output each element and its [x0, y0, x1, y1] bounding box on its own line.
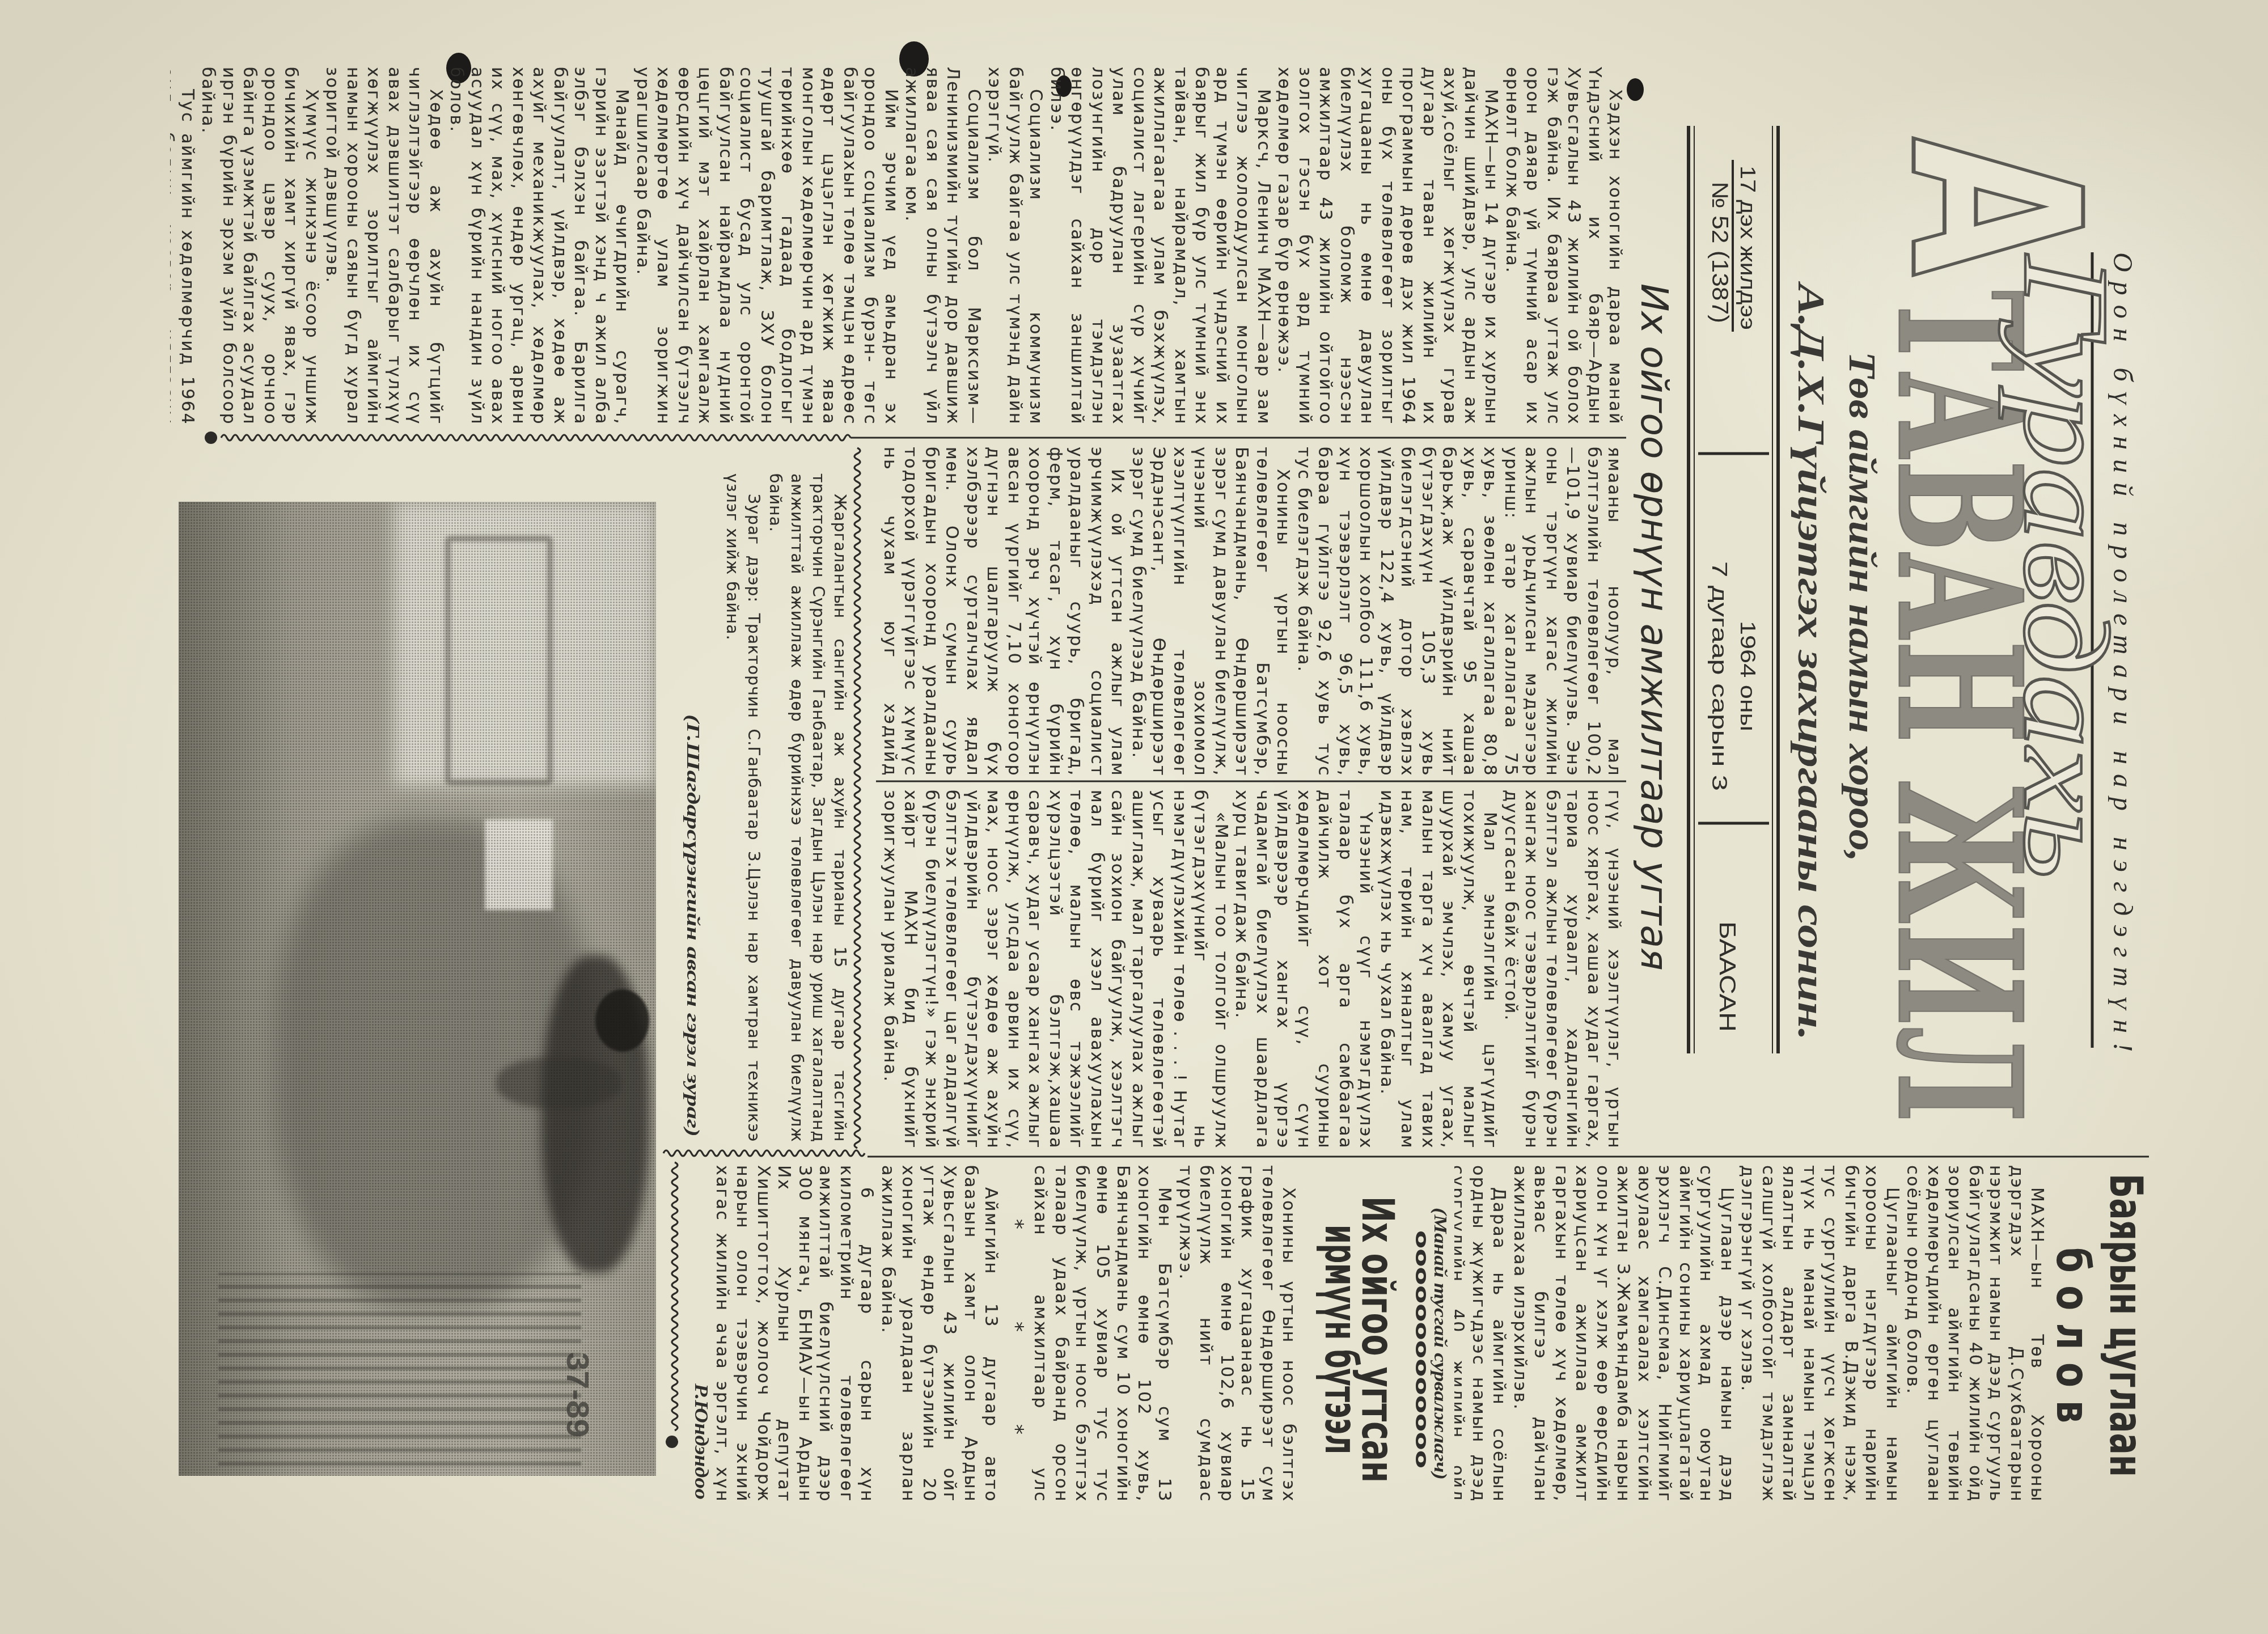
- paragraph: Тус аймгийн хөдөлмөрчид 1964 онд бодын х…: [170, 67, 197, 425]
- paragraph: Ийм эрчим үед амьдран эх орондоо социали…: [632, 67, 901, 425]
- photo-halftone-screen: [179, 502, 656, 1476]
- paragraph: 6 дугаар сарын хүн километрийн төлөвлөгө…: [712, 1165, 877, 1502]
- paragraph: Социализм коммунизм байгуулж байгаа улс …: [984, 67, 1046, 425]
- paragraph: Аймгийн 13 дугаар авто баазын хамт олон …: [877, 1165, 1001, 1502]
- paragraph: «Малын тоо толгойг олшруулж бүтээгдэхүүн…: [879, 790, 1231, 1149]
- achievements-article-body: Хонины үртын ноос бэлтгэх төлөвлөгөөг Өн…: [1032, 1165, 1298, 1502]
- paragraph: Их ой угтсан ажлыг улам эрчимжүүлэхэд со…: [880, 447, 1127, 777]
- paragraph: Мөн Батсүмбэр сум 13 хоногийн өмнө 102 х…: [1032, 1165, 1174, 1502]
- paragraph: Хөдөө аж ахуйн бүтцийг чиглэлтэйгээр өөр…: [321, 67, 446, 425]
- paragraph: Хонины үртын ноос бэлтгэх төлөвлөгөөг Өн…: [1174, 1165, 1298, 1502]
- paragraph: МАХН—ын Төв Хорооны дэргэдэх Д.Сүхбаатар…: [1902, 1165, 2047, 1502]
- lead-article-column-2: ямааны ноолуур, мал бэлтгэлийн төлөвлөгө…: [880, 447, 1624, 777]
- paragraph: Цуглаан дээр намын дээд сургуулийн ахмад…: [1509, 1165, 1737, 1502]
- paragraph: Зураг дээр: Тракторчин С.Ганбаатар З.Цэл…: [721, 473, 764, 1142]
- paragraph: Цуглааныг аймгийн намын хорооны нэгдүгээ…: [1737, 1165, 1902, 1502]
- photo-tractor-drivers: [179, 502, 656, 1476]
- paragraph: Марксч, Ленинч МАХН—аар зам чиглээ жолоо…: [1046, 67, 1273, 425]
- paragraph: гүү, үнээний хээлтүүлэг, үртын ноос хярг…: [1500, 790, 1624, 1149]
- paragraph: МАХН—ын 14 дүгээр их хурлын дайчин шийдв…: [1273, 67, 1501, 425]
- paragraph: Хүмүүс жинхэнэ ёсоор уншиж бичихийн хамт…: [197, 67, 321, 425]
- paragraph: Хэдхэн хоногийн дараа манай Үндэсний их …: [1501, 67, 1625, 425]
- paragraph: Жаргалантын сангийн аж ахуйн тарианы 15 …: [764, 473, 850, 1142]
- photo-caption: Жаргалантын сангийн аж ахуйн тарианы 15 …: [712, 473, 850, 1142]
- paragraph: Хонины үртын ноосны төлөвлөгөөг Батсүмбэ…: [1127, 447, 1293, 777]
- paragraph: Манайд өчигдрийн сурагч, гэрийн эзэгтэй …: [446, 67, 632, 425]
- celebration-article-body: МАХН—ын Төв Хорооны дэргэдэх Д.Сүхбаатар…: [1454, 1165, 2047, 1502]
- lead-article-column-1: Хэдхэн хоногийн дараа манай Үндэсний их …: [170, 67, 1625, 425]
- paragraph: Үнээний сүүг нэмэгдүүлэх талаар бүх арга…: [1231, 790, 1376, 1149]
- achievements-article-body-continued: Аймгийн 13 дугаар авто баазын хамт олон …: [712, 1165, 1001, 1502]
- lead-article-column-3: гүү, үнээний хээлтүүлэг, үртын ноос хярг…: [871, 790, 1624, 1149]
- paragraph: Мал эмнэлгийн цэгүүдийг тохижуулж, өвчтэ…: [1376, 790, 1500, 1149]
- paragraph: ямааны ноолуур, мал бэлтгэлийн төлөвлөгө…: [1293, 447, 1624, 777]
- paragraph: Дараа нь аймгийн соёлын ордны жүжигчдээс…: [1454, 1165, 1509, 1502]
- paragraph: Социализм бол Марксизм—Ленинизмийн тугий…: [901, 67, 984, 425]
